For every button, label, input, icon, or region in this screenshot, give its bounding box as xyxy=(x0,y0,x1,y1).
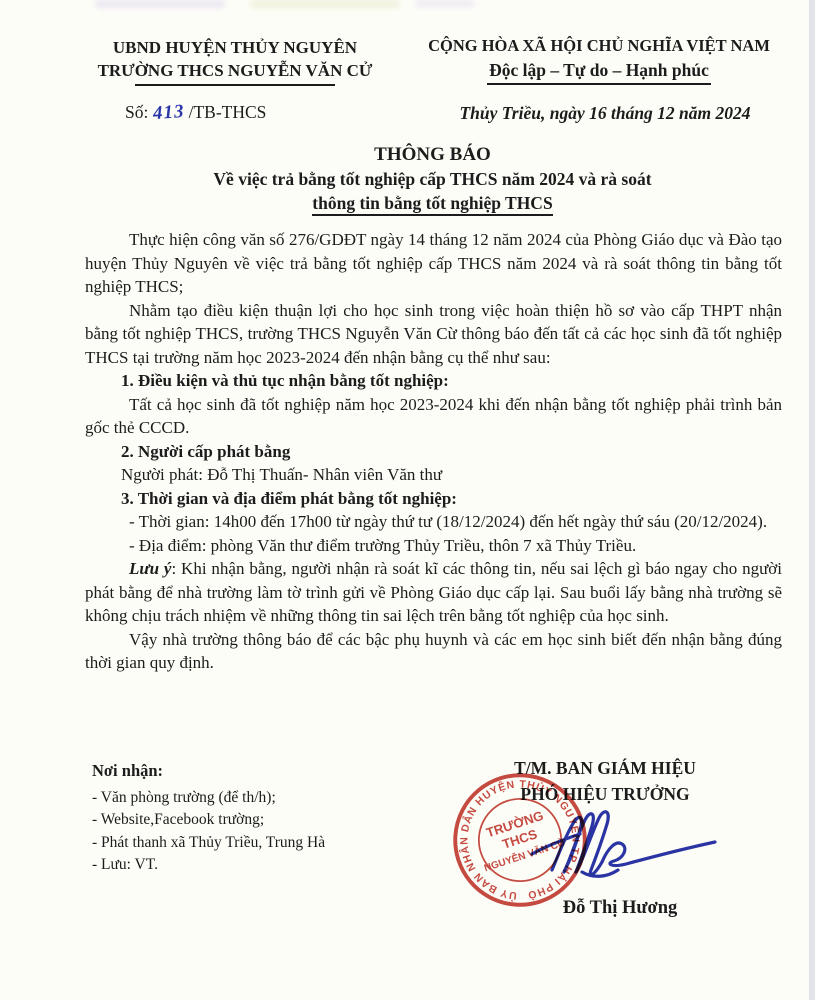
scan-artifact-top-2 xyxy=(250,0,400,8)
doc-number-suffix: /TB-THCS xyxy=(189,102,267,122)
section-1-text: Tất cả học sinh đã tốt nghiệp năm học 20… xyxy=(85,393,782,440)
section-3-time: - Thời gian: 14h00 đến 17h00 từ ngày thứ… xyxy=(85,510,782,534)
doc-number-prefix: Số: xyxy=(125,102,148,122)
recipient-item: - Website,Facebook trường; xyxy=(92,809,325,832)
section-1-heading: 1. Điều kiện và thủ tục nhận bằng tốt ng… xyxy=(121,369,782,393)
recipients-block: Nơi nhận: - Văn phòng trường (để th/h); … xyxy=(92,760,325,877)
document-body: Thực hiện công văn số 276/GDĐT ngày 14 t… xyxy=(85,228,782,675)
signer-name: Đỗ Thị Hương xyxy=(470,898,770,919)
agency-underline xyxy=(135,84,335,86)
agency-name: TRƯỜNG THCS NGUYỄN VĂN CỬ xyxy=(70,59,400,82)
paragraph-basis-1: Thực hiện công văn số 276/GDĐT ngày 14 t… xyxy=(85,228,782,299)
document-number-line: Số: 413 /TB-THCS xyxy=(125,102,266,124)
national-title: CỘNG HÒA XÃ HỘI CHỦ NGHĨA VIỆT NAM xyxy=(408,34,790,58)
note-paragraph: Lưu ý: Khi nhận bằng, người nhận rà soát… xyxy=(85,557,782,628)
scan-artifact-top-1 xyxy=(95,0,225,8)
page-edge-shadow xyxy=(809,0,815,1000)
title-subject-2: thông tin bằng tốt nghiệp THCS xyxy=(312,193,552,216)
section-3-heading: 3. Thời gian và địa điểm phát bằng tốt n… xyxy=(121,487,782,511)
document-title-block: THÔNG BÁO Về việc trả bằng tốt nghiệp cấ… xyxy=(85,142,780,215)
section-2-text: Người phát: Đỗ Thị Thuấn- Nhân viên Văn … xyxy=(121,463,782,487)
recipient-item: - Phát thanh xã Thủy Triều, Trung Hà xyxy=(92,832,325,855)
agency-parent: UBND HUYỆN THỦY NGUYÊN xyxy=(70,36,400,59)
scan-artifact-top-3 xyxy=(415,0,475,7)
paragraph-basis-2: Nhằm tạo điều kiện thuận lợi cho học sin… xyxy=(85,299,782,370)
recipient-item: - Lưu: VT. xyxy=(92,854,325,877)
scanned-document-page: UBND HUYỆN THỦY NGUYÊN TRƯỜNG THCS NGUYỄ… xyxy=(0,0,815,1000)
doc-number-handwritten: 413 xyxy=(152,101,185,125)
handwritten-signature xyxy=(522,798,722,893)
national-motto: Độc lập – Tự do – Hạnh phúc xyxy=(487,58,711,85)
recipient-item: - Văn phòng trường (để th/h); xyxy=(92,787,325,810)
title-main: THÔNG BÁO xyxy=(85,142,780,167)
closing-paragraph: Vậy nhà trường thông báo để các bậc phụ … xyxy=(85,628,782,675)
title-subject-1: Về việc trả bằng tốt nghiệp cấp THCS năm… xyxy=(85,167,780,191)
note-text: : Khi nhận bằng, người nhận rà soát kĩ c… xyxy=(85,559,782,625)
section-2-heading: 2. Người cấp phát bằng xyxy=(121,440,782,464)
section-3-place: - Địa điểm: phòng Văn thư điểm trường Th… xyxy=(85,534,782,558)
national-motto-block: CỘNG HÒA XÃ HỘI CHỦ NGHĨA VIỆT NAM Độc l… xyxy=(408,34,790,85)
issuing-agency-block: UBND HUYỆN THỦY NGUYÊN TRƯỜNG THCS NGUYỄ… xyxy=(70,36,400,86)
place-date-line: Thủy Triều, ngày 16 tháng 12 năm 2024 xyxy=(420,103,790,124)
recipients-heading: Nơi nhận: xyxy=(92,760,325,783)
note-label: Lưu ý xyxy=(129,559,171,578)
